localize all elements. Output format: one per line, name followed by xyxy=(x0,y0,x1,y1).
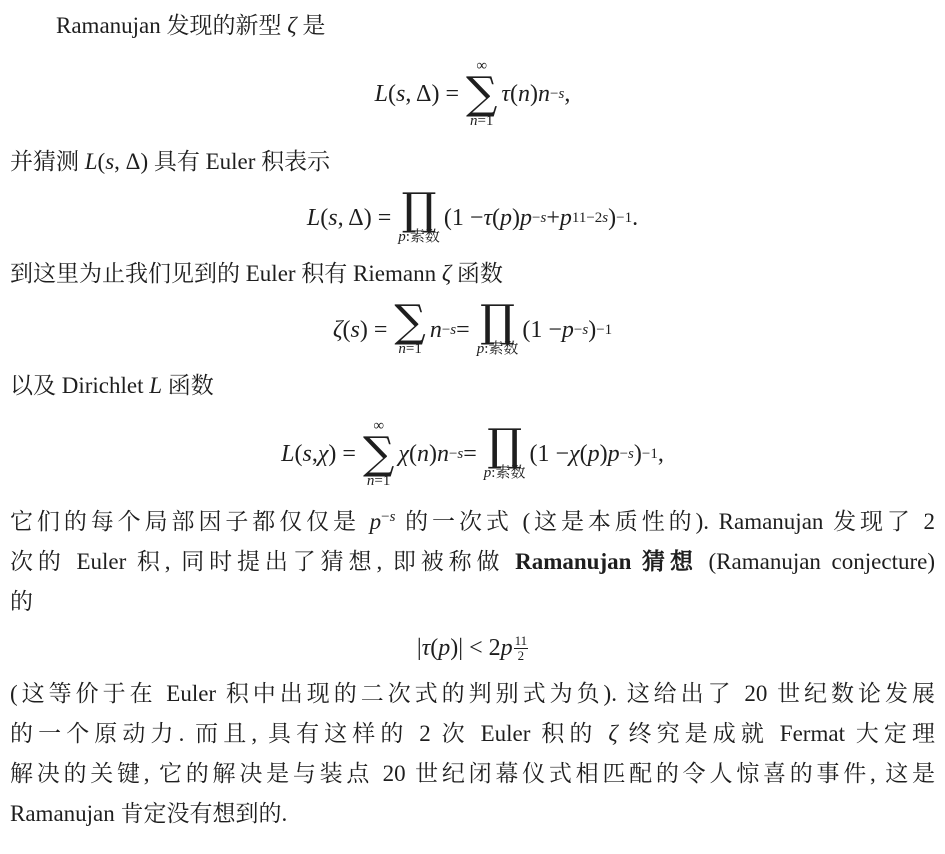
text-run: −1 xyxy=(642,446,658,462)
math-variable: χ xyxy=(318,442,329,466)
math-variable: s xyxy=(328,206,337,230)
math-variable: L xyxy=(307,206,320,230)
math-variable: p xyxy=(501,636,513,660)
math-variable: τ xyxy=(483,206,492,230)
text-run: (这等价于在 Euler 积中出现的二次式的判别式为负). 这给出了 20 世纪… xyxy=(10,681,935,706)
math-variable: n xyxy=(518,82,530,106)
operator-symbol: ∑ xyxy=(394,303,425,341)
text-run: − xyxy=(381,509,389,525)
formula-euler-product: L(s, Δ) = ∏p:素数(1 − τ(p)p−s + p11−2s)−1. xyxy=(10,186,935,250)
closing-paragraph: (这等价于在 Euler 积中出现的二次式的判别式为负). 这给出了 20 世纪… xyxy=(10,674,935,834)
text-run: , xyxy=(564,82,570,106)
operator-symbol: ∏ xyxy=(402,191,437,229)
text-run: − xyxy=(532,210,540,226)
text-run: + xyxy=(546,206,560,230)
text-run: )| < 2 xyxy=(450,636,500,660)
text-run: 次的 Euler 积, 同时提出了猜想, 即被称做 xyxy=(10,549,515,574)
math-variable: s xyxy=(396,82,405,106)
text-run: ) xyxy=(608,206,616,230)
text-run: ( xyxy=(409,442,417,466)
math-variable: L xyxy=(281,442,294,466)
math-variable: ζ xyxy=(287,13,296,38)
formula-l-series: L(s, Δ) = ∞∑n=1τ(n)n−s, xyxy=(10,50,935,138)
math-variable: L xyxy=(149,373,162,398)
lower-limit: p:素数 xyxy=(484,465,526,482)
lower-limit: n=1 xyxy=(367,473,390,490)
sum-operator: ∞∑n=1 xyxy=(466,58,497,130)
text-run: (1 − xyxy=(444,206,484,230)
text-line: Ramanujan 肯定没有想到的. xyxy=(10,794,935,834)
text-run: (1 − xyxy=(522,318,562,342)
math-variable: s xyxy=(105,149,114,174)
math-variable: p xyxy=(588,442,600,466)
product-operator: ∏p:素数 xyxy=(484,427,526,482)
text-run: 的一个原动力. 而且, 具有这样的 2 次 Euler 积的 xyxy=(10,721,608,746)
math-variable: ζ xyxy=(333,318,343,342)
operator-symbol: ∑ xyxy=(363,435,394,473)
text-run: 到这里为止我们见到的 Euler 积有 Riemann xyxy=(10,261,442,286)
fraction-exponent: 112 xyxy=(514,634,529,663)
formula-ramanujan-bound: |τ(p)| < 2p112 xyxy=(10,626,935,670)
text-line: (这等价于在 Euler 积中出现的二次式的判别式为负). 这给出了 20 世纪… xyxy=(10,674,935,714)
lower-limit: n=1 xyxy=(470,113,493,130)
math-variable: ζ xyxy=(442,261,451,286)
text-run: 它们的每个局部因子都仅仅是 xyxy=(10,509,370,534)
math-variable: p xyxy=(520,206,532,230)
lower-limit: p:素数 xyxy=(398,229,440,246)
sum-operator: ∞∑n=1 xyxy=(363,418,394,490)
text-run: 函数 xyxy=(451,261,503,286)
text-run: ( xyxy=(580,442,588,466)
math-variable: τ xyxy=(422,636,431,660)
dirichlet-intro: 以及 Dirichlet L 函数 xyxy=(10,366,935,406)
text-run: 的一次式 (这是本质性的). Ramanujan 发现了 2 xyxy=(395,509,935,534)
text-run: ( xyxy=(343,318,351,342)
math-variable: χ xyxy=(398,442,409,466)
text-run: 是 xyxy=(297,13,326,38)
text-run: ) = xyxy=(360,318,388,342)
text-line: 的一个原动力. 而且, 具有这样的 2 次 Euler 积的 ζ 终究是成就 F… xyxy=(10,714,935,754)
text-run: 以及 Dirichlet xyxy=(10,373,149,398)
text-line: Ramanujan 发现的新型 ζ 是 xyxy=(10,6,935,46)
text-run: . xyxy=(632,206,638,230)
denominator: 2 xyxy=(518,649,525,663)
math-variable: n xyxy=(430,318,442,342)
text-run: =1 xyxy=(374,473,390,489)
text-run: , xyxy=(658,442,664,466)
math-variable: L xyxy=(85,149,98,174)
text-run: 的 xyxy=(10,589,33,614)
text-run: 并猜测 xyxy=(10,149,85,174)
text-run: − xyxy=(620,446,628,462)
text-run: 终究是成就 Fermat 大定理 xyxy=(618,721,935,746)
text-run: = xyxy=(463,442,477,466)
math-variable: p xyxy=(438,636,450,660)
text-line: 解决的关键, 它的解决是与装点 20 世纪闭幕仪式相匹配的令人惊喜的事件, 这是 xyxy=(10,754,935,794)
text-run: ( xyxy=(388,82,396,106)
text-run: :素数 xyxy=(406,229,440,245)
math-variable: ζ xyxy=(608,721,617,746)
text-run: :素数 xyxy=(484,341,518,357)
text-run: =1 xyxy=(406,341,422,357)
math-variable: p xyxy=(500,206,512,230)
text-run: −1 xyxy=(616,210,632,226)
math-variable: n xyxy=(437,442,449,466)
text-run: 函数 xyxy=(162,373,214,398)
text-run: −1 xyxy=(596,322,612,338)
text-run: ) xyxy=(588,318,596,342)
text-run: 解决的关键, 它的解决是与装点 20 世纪闭幕仪式相匹配的令人惊喜的事件, 这是 xyxy=(10,761,935,786)
text-run: = xyxy=(456,318,470,342)
operator-symbol: ∏ xyxy=(487,427,522,465)
euler-product-intro: 并猜测 L(s, Δ) 具有 Euler 积表示 xyxy=(10,142,935,182)
math-variable: p xyxy=(398,229,406,245)
math-variable: p xyxy=(562,318,574,342)
text-run: , Δ) 具有 Euler 积表示 xyxy=(114,149,330,174)
math-variable: s xyxy=(303,442,312,466)
text-run: 11−2 xyxy=(572,210,602,226)
intro-paragraph: Ramanujan 发现的新型 ζ 是 xyxy=(10,6,935,46)
text-run: ( xyxy=(320,206,328,230)
text-run: Ramanujan 发现的新型 xyxy=(56,13,287,38)
math-variable: χ xyxy=(569,442,580,466)
sum-operator: ∑n=1 xyxy=(394,303,425,358)
numerator: 11 xyxy=(514,634,529,649)
text-run: (Ramanujan conjecture) xyxy=(698,549,935,574)
text-run: ) xyxy=(512,206,520,230)
product-operator: ∏p:素数 xyxy=(398,191,440,246)
lower-limit: p:素数 xyxy=(477,341,519,358)
math-variable: p xyxy=(608,442,620,466)
document-page: Ramanujan 发现的新型 ζ 是 L(s, Δ) = ∞∑n=1τ(n)n… xyxy=(0,0,945,834)
text-run: , Δ) = xyxy=(405,82,459,106)
text-line: 的 xyxy=(10,582,935,622)
math-variable: p xyxy=(560,206,572,230)
text-run: , Δ) = xyxy=(338,206,392,230)
riemann-zeta-intro: 到这里为止我们见到的 Euler 积有 Riemann ζ 函数 xyxy=(10,254,935,294)
text-run: ( xyxy=(492,206,500,230)
math-variable: L xyxy=(375,82,388,106)
formula-riemann-zeta: ζ(s) = ∑n=1n−s = ∏p:素数(1 − p−s)−1 xyxy=(10,298,935,362)
text-run: ( xyxy=(510,82,518,106)
text-line: 以及 Dirichlet L 函数 xyxy=(10,366,935,406)
text-run: ) xyxy=(634,442,642,466)
text-run: Ramanujan 肯定没有想到的. xyxy=(10,801,287,826)
text-run: ) xyxy=(429,442,437,466)
superscript: −s xyxy=(381,509,395,525)
formula-dirichlet-l: L(s, χ) = ∞∑n=1χ(n)n−s = ∏p:素数(1 − χ(p)p… xyxy=(10,410,935,498)
text-line: 到这里为止我们见到的 Euler 积有 Riemann ζ 函数 xyxy=(10,254,935,294)
text-run: =1 xyxy=(477,113,493,129)
text-run: ) = xyxy=(328,442,356,466)
math-variable: n xyxy=(417,442,429,466)
operator-symbol: ∏ xyxy=(480,303,515,341)
text-run: (1 − xyxy=(529,442,569,466)
text-line: 次的 Euler 积, 同时提出了猜想, 即被称做 Ramanujan 猜想 (… xyxy=(10,542,935,582)
math-variable: n xyxy=(398,341,406,357)
math-variable: p xyxy=(370,509,382,534)
bold-text: Ramanujan 猜想 xyxy=(515,549,698,574)
math-variable: s xyxy=(351,318,360,342)
text-run: ( xyxy=(295,442,303,466)
operator-symbol: ∑ xyxy=(466,75,497,113)
product-operator: ∏p:素数 xyxy=(477,303,519,358)
text-run: ) xyxy=(600,442,608,466)
text-line: 它们的每个局部因子都仅仅是 p−s 的一次式 (这是本质性的). Ramanuj… xyxy=(10,502,935,542)
lower-limit: n=1 xyxy=(398,341,421,358)
conjecture-paragraph: 它们的每个局部因子都仅仅是 p−s 的一次式 (这是本质性的). Ramanuj… xyxy=(10,502,935,622)
math-variable: n xyxy=(538,82,550,106)
math-variable: τ xyxy=(501,82,510,106)
text-run: ) xyxy=(530,82,538,106)
text-line: 并猜测 L(s, Δ) 具有 Euler 积表示 xyxy=(10,142,935,182)
text-run: :素数 xyxy=(491,465,525,481)
